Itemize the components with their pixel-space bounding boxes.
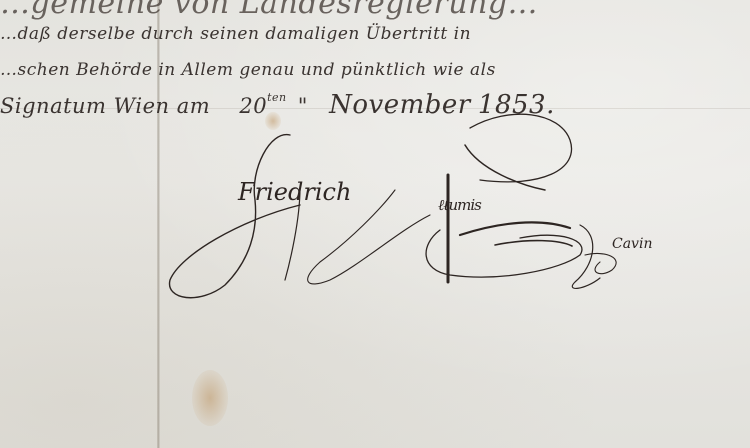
signature-surname: ℓℓumis: [438, 196, 481, 215]
document-photo: …gemeine von Landesregierung… …daß derse…: [0, 0, 750, 448]
signature-first-name: Friedrich: [238, 178, 351, 206]
signature-flourish-icon: [0, 0, 750, 448]
signature-annotation: Cavin: [612, 236, 652, 252]
